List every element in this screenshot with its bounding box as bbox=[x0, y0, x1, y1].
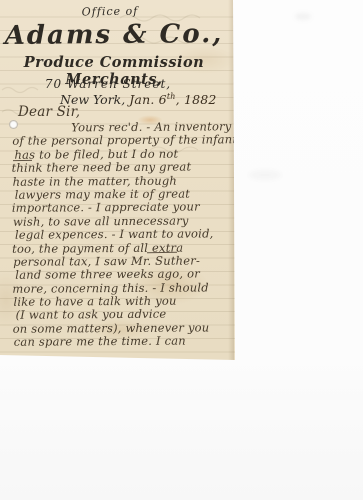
letterhead-company-name: Adams & Co., bbox=[0, 19, 228, 51]
letter-line: Yours rec'd. - An inventory bbox=[11, 119, 231, 134]
letter-paper: Office of Adams & Co., Produce Commissio… bbox=[0, 0, 236, 362]
background-smudge bbox=[248, 170, 282, 180]
letter-line: think there need be any great bbox=[11, 159, 231, 174]
letterhead-street-address: 70 Warren Street, bbox=[0, 77, 216, 91]
scanned-letter: Office of Adams & Co., Produce Commissio… bbox=[0, 0, 363, 500]
letter-body: Yours rec'd. - An inventory of the perso… bbox=[12, 119, 234, 348]
letter-line: can spare me the time. I can bbox=[14, 333, 234, 348]
date-ordinal: th bbox=[167, 92, 176, 101]
letter-line: more, concerning this. - I should bbox=[12, 280, 232, 295]
background-smudge bbox=[295, 13, 311, 20]
letter-line: on some matters), whenever you bbox=[13, 320, 233, 335]
letter-line: too, the payment of all extra bbox=[12, 240, 232, 255]
salutation: Dear Sir, bbox=[18, 104, 80, 120]
letter-line: importance. - I appreciate your bbox=[12, 200, 232, 215]
date-day: Jan. 6 bbox=[129, 92, 167, 107]
date-line: New York, Jan. 6th, 1882 bbox=[60, 92, 234, 107]
date-year: , 1882 bbox=[176, 92, 217, 107]
